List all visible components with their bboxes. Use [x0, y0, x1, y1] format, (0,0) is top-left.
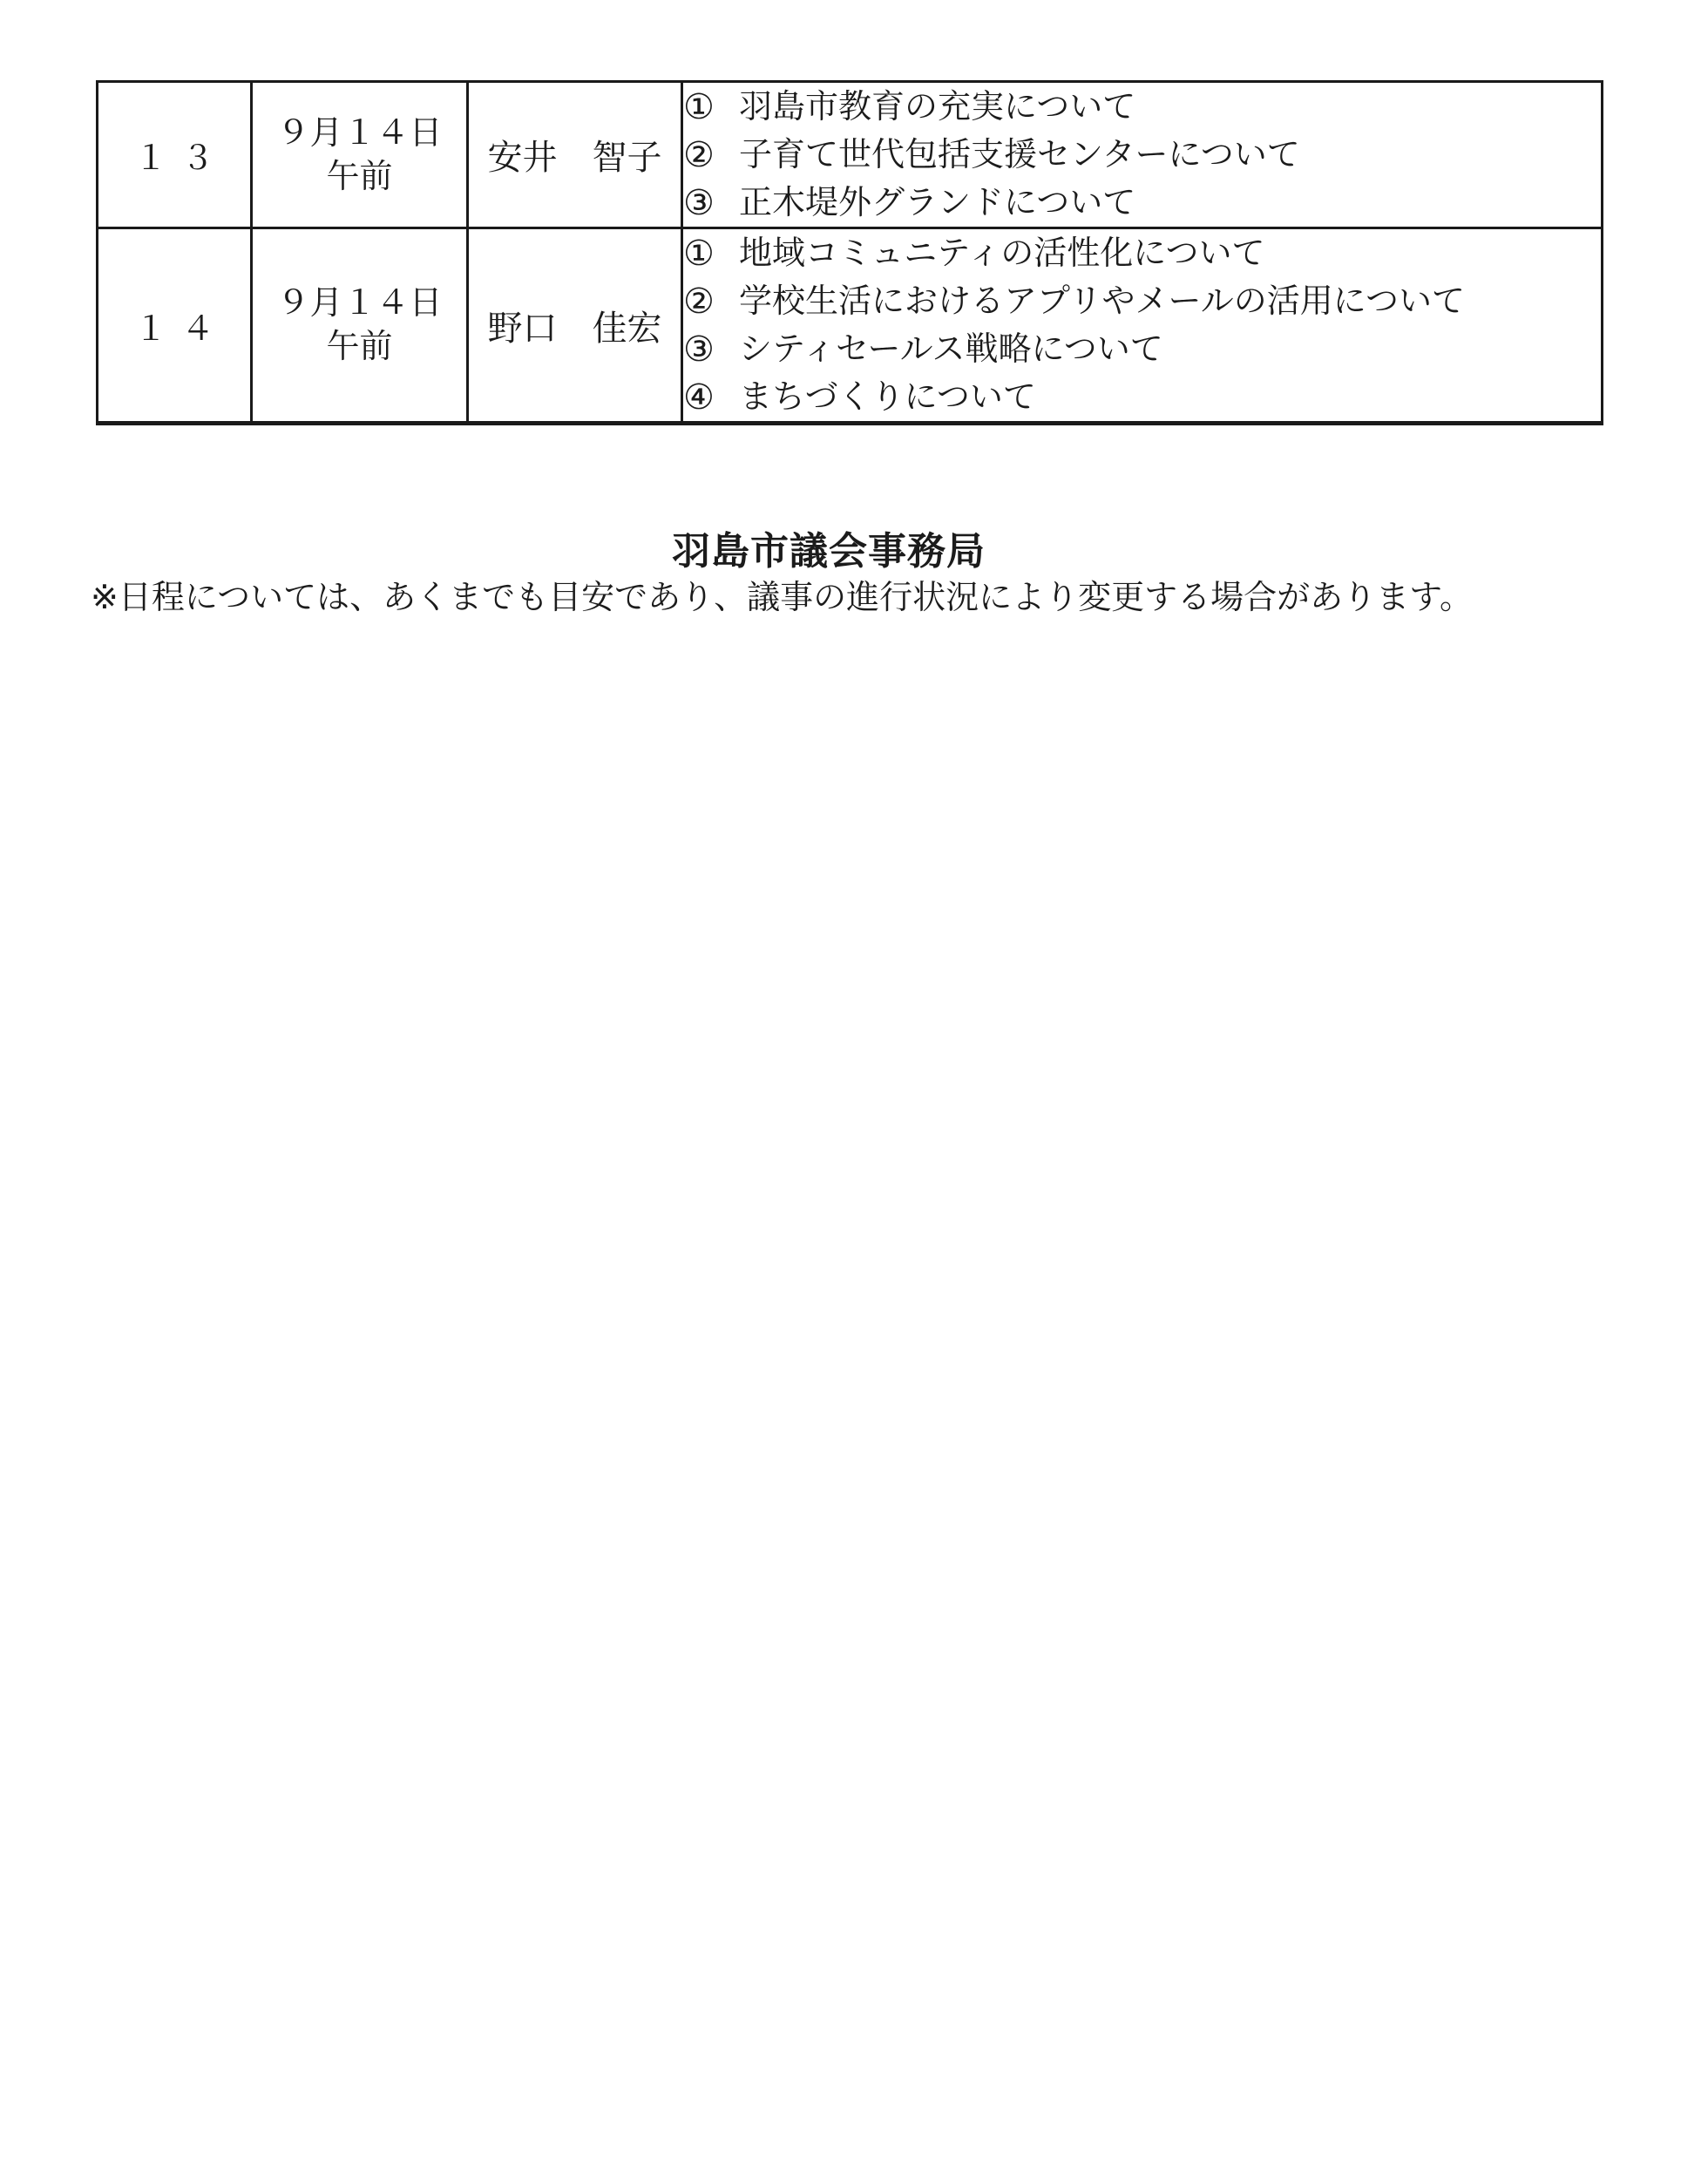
date-line-2: 午前: [253, 325, 466, 369]
topic-line: ③ シティセールス戦略について: [683, 325, 1601, 373]
topic-number: ③: [683, 332, 720, 367]
topic-text: 正木堤外グランドについて: [739, 187, 1135, 220]
document-page: １３ ９月１４日 午前 安井 智子 ① 羽島市教育の充実について ② 子育て世代…: [0, 0, 1708, 2167]
row-number-cell: １３: [98, 82, 252, 228]
speaker-name: 野口 佳宏: [488, 309, 662, 348]
topics-cell: ① 羽島市教育の充実について ② 子育て世代包括支援センターについて ③ 正木堤…: [682, 82, 1603, 228]
speaker-name-cell: 安井 智子: [468, 82, 682, 228]
office-title: 羽島市議会事務局: [0, 520, 1657, 575]
speaker-name: 安井 智子: [488, 139, 662, 177]
table-row: １４ ９月１４日 午前 野口 佳宏 ① 地域コミュニティの活性化について ② 学…: [98, 228, 1603, 424]
topic-text: 学校生活におけるアプリやメールの活用について: [739, 285, 1465, 318]
topic-number: ④: [683, 380, 720, 415]
topic-line: ② 学校生活におけるアプリやメールの活用について: [683, 277, 1601, 325]
topic-number: ②: [683, 284, 720, 319]
topic-line: ④ まちづくりについて: [683, 373, 1601, 421]
topics-cell: ① 地域コミュニティの活性化について ② 学校生活におけるアプリやメールの活用に…: [682, 228, 1603, 424]
topic-text: 子育て世代包括支援センターについて: [739, 139, 1300, 172]
schedule-disclaimer-note: ※日程については、あくまでも目安であり、議事の進行状況により変更する場合がありま…: [91, 570, 1473, 618]
topic-number: ①: [683, 90, 720, 125]
topic-number: ③: [683, 186, 720, 221]
topic-line: ② 子育て世代包括支援センターについて: [683, 131, 1601, 179]
topic-number: ②: [683, 138, 720, 173]
date-line-2: 午前: [253, 155, 466, 199]
date-cell: ９月１４日 午前: [252, 82, 468, 228]
speaker-name-cell: 野口 佳宏: [468, 228, 682, 424]
topic-text: シティセールス戦略について: [739, 333, 1163, 366]
row-number: １４: [134, 311, 228, 348]
topic-text: 地域コミュニティの活性化について: [739, 237, 1264, 270]
topic-line: ③ 正木堤外グランドについて: [683, 179, 1601, 227]
date-line-1: ９月１４日: [253, 282, 466, 325]
schedule-table: １３ ９月１４日 午前 安井 智子 ① 羽島市教育の充実について ② 子育て世代…: [96, 80, 1603, 425]
topic-number: ①: [683, 236, 720, 271]
row-number: １３: [134, 140, 228, 177]
table-row: １３ ９月１４日 午前 安井 智子 ① 羽島市教育の充実について ② 子育て世代…: [98, 82, 1603, 228]
topic-line: ① 羽島市教育の充実について: [683, 83, 1601, 131]
date-line-1: ９月１４日: [253, 112, 466, 155]
topic-line: ① 地域コミュニティの活性化について: [683, 229, 1601, 277]
row-number-cell: １４: [98, 228, 252, 424]
topic-text: 羽島市教育の充実について: [739, 91, 1135, 124]
topic-text: まちづくりについて: [739, 381, 1036, 414]
date-cell: ９月１４日 午前: [252, 228, 468, 424]
